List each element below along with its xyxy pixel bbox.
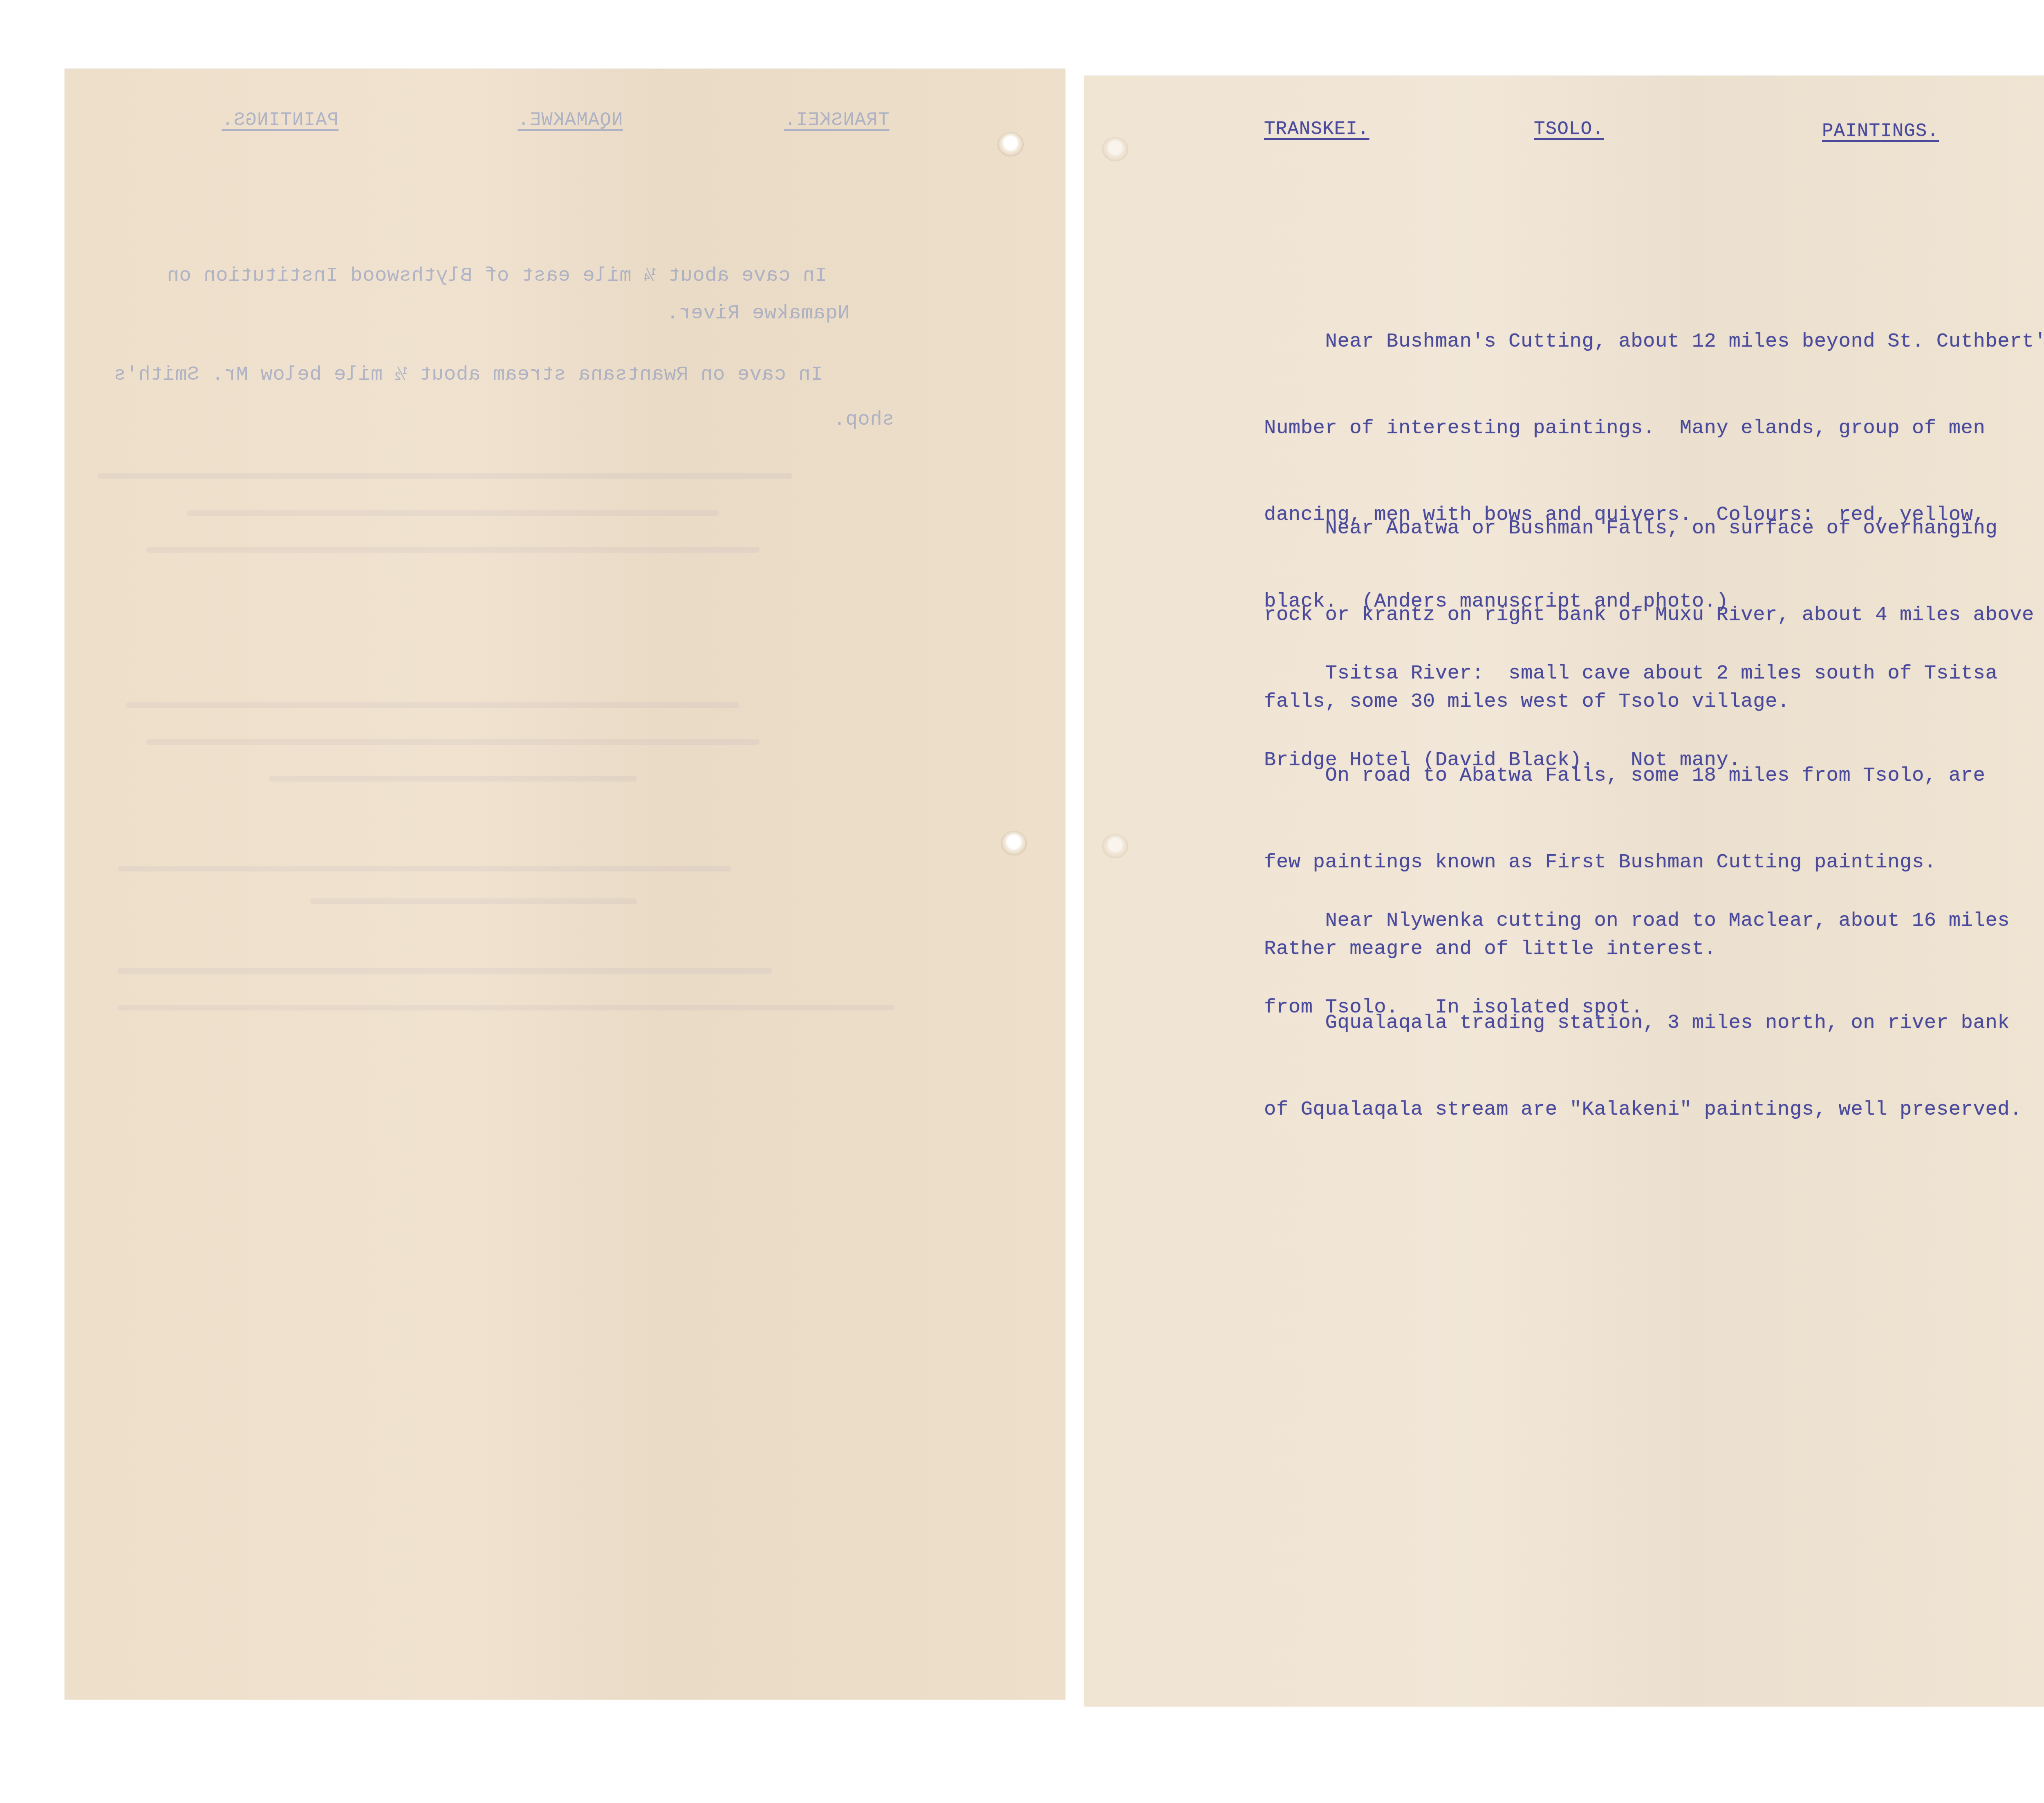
- header-region: TRANSKEI.: [1264, 119, 1369, 140]
- punch-hole: [1001, 831, 1027, 856]
- punch-hole: [997, 132, 1024, 157]
- header-district: TSOLO.: [1534, 119, 1604, 140]
- reverse-paragraph-2-line-1: In cave on Rwantsana stream about ½ mile…: [114, 363, 823, 386]
- bleed-through-line: [118, 866, 731, 871]
- bleed-through-line: [146, 739, 760, 745]
- bleed-through-line: [118, 1005, 894, 1010]
- bleed-through-line: [118, 968, 772, 974]
- reverse-paragraph-1-line-2: Nqamakwe River.: [666, 302, 850, 325]
- header-region-mirrored: TRANSKEI.: [784, 110, 889, 131]
- header-topic-mirrored: PAINTINGS.: [222, 110, 338, 131]
- bleed-through-line: [97, 473, 792, 479]
- document-page-tsolo: TRANSKEI. TSOLO. PAINTINGS. Near Bushman…: [1084, 76, 2044, 1707]
- bleed-through-line: [269, 776, 637, 782]
- document-page-reverse: TRANSKEI. NQAMAKWE. PAINTINGS. In cave a…: [65, 69, 1065, 1700]
- bleed-through-line: [310, 898, 637, 904]
- bleed-through-line: [146, 547, 760, 553]
- bleed-through-line: [126, 702, 739, 708]
- reverse-paragraph-1-line-1: In cave about ¼ mile east of Blythswood …: [167, 264, 827, 287]
- paragraph-gqualaqala: Gqualaqala trading station, 3 miles nort…: [1264, 956, 2022, 1176]
- header-topic: PAINTINGS.: [1822, 121, 1939, 142]
- reverse-paragraph-2-line-2: shop.: [833, 408, 894, 431]
- header-district-mirrored: NQAMAKWE.: [518, 110, 623, 131]
- punch-hole: [1102, 834, 1128, 858]
- bleed-through-line: [187, 510, 719, 516]
- punch-hole: [1102, 137, 1128, 161]
